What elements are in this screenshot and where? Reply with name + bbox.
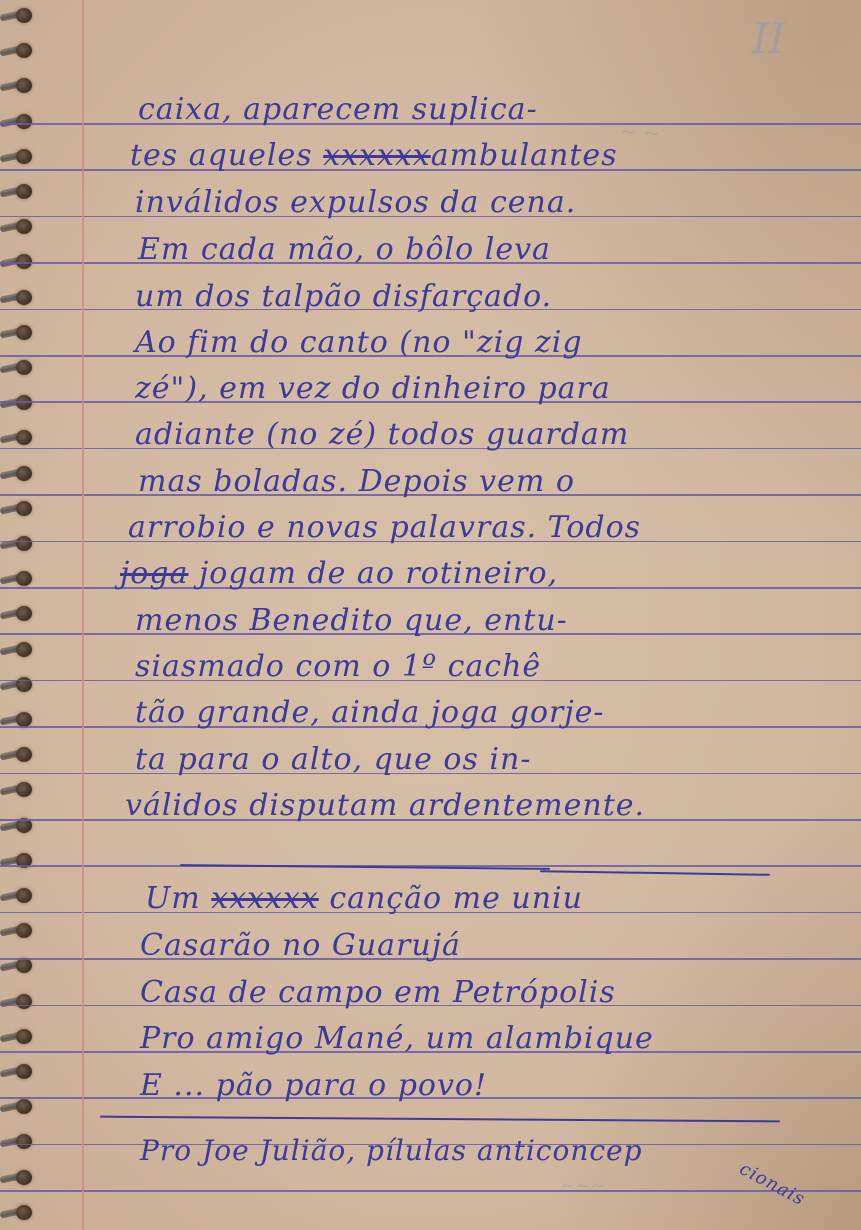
spiral-coil: [0, 1132, 36, 1152]
page-marker: II: [752, 14, 785, 63]
spiral-coil: [0, 288, 36, 308]
ruled-line: [0, 1190, 861, 1192]
spiral-coil: [0, 851, 36, 871]
divider-stroke: [540, 870, 770, 876]
spiral-coil: [0, 1203, 36, 1223]
prose-line-4: Em cada mão, o bôlo leva: [138, 235, 551, 265]
verse-line-3: Casa de campo em Petrópolis: [140, 978, 616, 1008]
struck-word: joga: [120, 556, 188, 591]
spiral-coil: [0, 464, 36, 484]
verse-line-5: E ... pão para o povo!: [140, 1071, 487, 1101]
prose-line-5: um dos talpão disfarçado.: [135, 282, 552, 312]
spiral-coil: [0, 921, 36, 941]
verse-line-1: Um xxxxxx canção me uniu: [145, 884, 583, 914]
spiral-coil: [0, 745, 36, 765]
spiral-coil: [0, 886, 36, 906]
margin-line: [82, 0, 84, 1230]
prose-line-3: inválidos expulsos da cena.: [135, 188, 576, 218]
final-line-overflow: cionais: [737, 1160, 808, 1209]
final-line: Pro Joe Julião, pílulas anticoncep: [140, 1137, 643, 1165]
spiral-coil: [0, 6, 36, 26]
spiral-coil: [0, 393, 36, 413]
spiral-coil: [0, 358, 36, 378]
spiral-binding: [0, 0, 40, 1230]
verse-line-2: Casarão no Guarujá: [140, 931, 461, 961]
notebook-page: II ~ ~ ~~~ caixa, aparecem suplica- tes …: [0, 0, 861, 1230]
prose-line-8: adiante (no zé) todos guardam: [135, 420, 629, 450]
spiral-coil: [0, 499, 36, 519]
spiral-coil: [0, 428, 36, 448]
prose-line-10: arrobio e novas palavras. Todos: [128, 513, 641, 543]
prose-line-14: tão grande, ainda joga gorje-: [135, 698, 605, 728]
spiral-coil: [0, 1027, 36, 1047]
spiral-coil: [0, 112, 36, 132]
prose-line-13: siasmado com o 1º cachê: [135, 652, 541, 682]
spiral-coil: [0, 992, 36, 1012]
spiral-coil: [0, 323, 36, 343]
bleed-through-text: ~ ~: [619, 119, 660, 146]
spiral-coil: [0, 1062, 36, 1082]
verse-line-4: Pro amigo Mané, um alambique: [140, 1024, 654, 1054]
spiral-coil: [0, 147, 36, 167]
spiral-coil: [0, 534, 36, 554]
prose-line-11: joga jogam de ao rotineiro,: [120, 559, 558, 589]
spiral-coil: [0, 675, 36, 695]
prose-line-9: mas boladas. Depois vem o: [138, 467, 575, 497]
prose-line-7: zé"), em vez do dinheiro para: [135, 374, 611, 404]
prose-line-12: menos Benedito que, entu-: [135, 606, 568, 636]
struck-word: xxxxxx: [323, 138, 431, 173]
prose-line-6: Ao fim do canto (no "zig zig: [135, 328, 583, 358]
prose-line-1: caixa, aparecem suplica-: [138, 95, 538, 125]
spiral-coil: [0, 604, 36, 624]
prose-line-16: válidos disputam ardentemente.: [125, 791, 645, 821]
spiral-coil: [0, 76, 36, 96]
prose-line-2: tes aqueles xxxxxxambulantes: [130, 141, 618, 171]
spiral-coil: [0, 41, 36, 61]
underline-stroke: [100, 1116, 780, 1123]
spiral-coil: [0, 182, 36, 202]
struck-word: xxxxxx: [211, 881, 319, 916]
prose-line-15: ta para o alto, que os in-: [135, 745, 531, 775]
spiral-coil: [0, 217, 36, 237]
spiral-coil: [0, 780, 36, 800]
spiral-coil: [0, 640, 36, 660]
bleed-through-text: ~~~: [560, 1175, 605, 1196]
spiral-coil: [0, 1168, 36, 1188]
spiral-coil: [0, 1097, 36, 1117]
